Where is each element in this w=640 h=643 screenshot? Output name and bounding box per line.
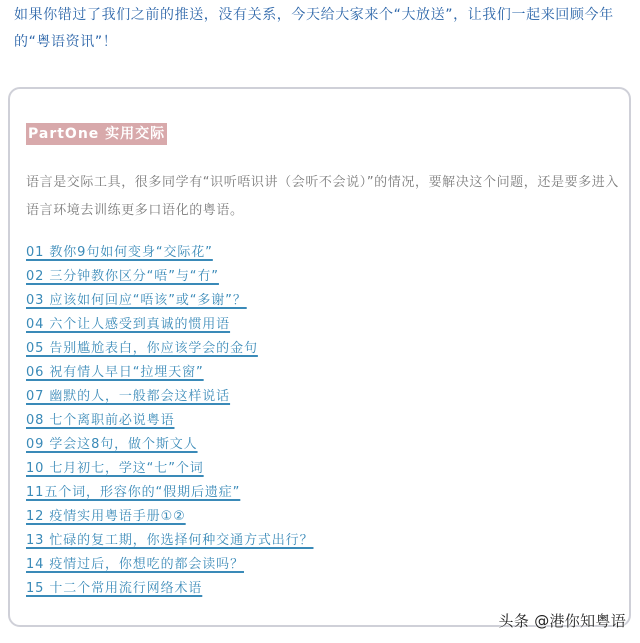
article-link-list: 01 教你9句如何变身“交际花” 02 三分钟教你区分“唔”与“冇” 03 应该… (26, 240, 313, 600)
list-item: 01 教你9句如何变身“交际花” (26, 240, 313, 264)
list-item: 05 告别尴尬表白，你应该学会的金句 (26, 336, 313, 360)
article-link-05[interactable]: 05 告别尴尬表白，你应该学会的金句 (26, 341, 258, 356)
article-link-03[interactable]: 03 应该如何回应“唔该”或“多谢”？ (26, 293, 247, 308)
article-link-01[interactable]: 01 教你9句如何变身“交际花” (26, 245, 213, 260)
article-link-06[interactable]: 06 祝有情人早日“拉埋天窗” (26, 365, 204, 380)
article-link-11[interactable]: 11五个词，形容你的“假期后遗症” (26, 485, 240, 500)
list-item: 04 六个让人感受到真诚的惯用语 (26, 312, 313, 336)
list-item: 09 学会这8句，做个斯文人 (26, 432, 313, 456)
intro-paragraph: 如果你错过了我们之前的推送，没有关系，今天给大家来个“大放送”，让我们一起来回顾… (14, 2, 626, 56)
list-item: 03 应该如何回应“唔该”或“多谢”？ (26, 288, 313, 312)
section-description: 语言是交际工具，很多同学有“识听唔识讲（会听不会说）”的情况，要解决这个问题，还… (26, 169, 622, 225)
article-link-12[interactable]: 12 疫情实用粤语手册①② (26, 509, 186, 524)
watermark: 头条 @港你知粤语 (499, 610, 626, 631)
article-link-02[interactable]: 02 三分钟教你区分“唔”与“冇” (26, 269, 219, 284)
article-link-14[interactable]: 14 疫情过后，你想吃的都会读吗？ (26, 557, 244, 572)
list-item: 10 七月初七，学这“七”个词 (26, 456, 313, 480)
list-item: 14 疫情过后，你想吃的都会读吗？ (26, 552, 313, 576)
list-item: 08 七个离职前必说粤语 (26, 408, 313, 432)
article-link-15[interactable]: 15 十二个常用流行网络术语 (26, 581, 202, 596)
article-link-04[interactable]: 04 六个让人感受到真诚的惯用语 (26, 317, 230, 332)
list-item: 11五个词，形容你的“假期后遗症” (26, 480, 313, 504)
list-item: 07 幽默的人，一般都会这样说话 (26, 384, 313, 408)
section-title: PartOne 实用交际 (26, 123, 167, 145)
list-item: 13 忙碌的复工期，你选择何种交通方式出行？ (26, 528, 313, 552)
list-item: 02 三分钟教你区分“唔”与“冇” (26, 264, 313, 288)
article-link-13[interactable]: 13 忙碌的复工期，你选择何种交通方式出行？ (26, 533, 313, 548)
list-item: 15 十二个常用流行网络术语 (26, 576, 313, 600)
list-item: 12 疫情实用粤语手册①② (26, 504, 313, 528)
article-link-08[interactable]: 08 七个离职前必说粤语 (26, 413, 174, 428)
article-link-10[interactable]: 10 七月初七，学这“七”个词 (26, 461, 204, 476)
list-item: 06 祝有情人早日“拉埋天窗” (26, 360, 313, 384)
content-card: PartOne 实用交际 语言是交际工具，很多同学有“识听唔识讲（会听不会说）”… (8, 87, 631, 627)
article-link-09[interactable]: 09 学会这8句，做个斯文人 (26, 437, 198, 452)
article-link-07[interactable]: 07 幽默的人，一般都会这样说话 (26, 389, 230, 404)
